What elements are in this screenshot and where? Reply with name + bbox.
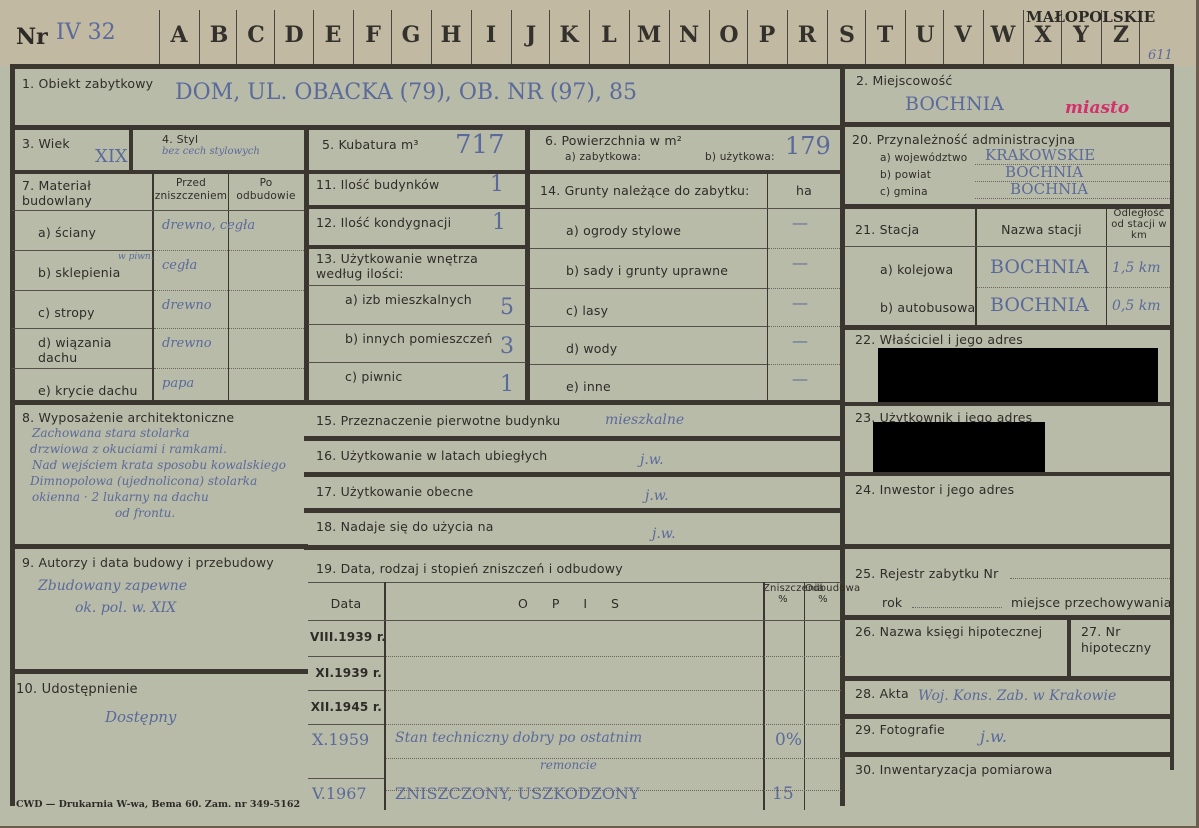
- field-17-label: 17. Użytkowanie obecne: [316, 484, 473, 499]
- letter-w: W: [986, 22, 1020, 48]
- field-18-value: j.w.: [652, 526, 676, 542]
- damage-row-destruction: 0%: [775, 730, 802, 750]
- material-row-label: d) wiązania dachu: [38, 335, 143, 365]
- letter-o: O: [712, 22, 746, 48]
- field-25-place-label: miejsce przechowywania: [1011, 595, 1172, 610]
- material-row-label: c) stropy: [38, 305, 143, 320]
- interior-row-value: 5: [500, 295, 514, 320]
- field-8-line: od frontu.: [115, 506, 175, 520]
- grounds-row-value: —: [792, 331, 808, 350]
- field-7-col-before: Przed zniszczeniem: [154, 177, 228, 203]
- field-10-value: Dostępny: [105, 708, 176, 726]
- rule: [709, 10, 710, 64]
- field-22-label: 22. Właściciel i jego adres: [855, 332, 1023, 347]
- field-28-label: 28. Akta: [855, 686, 909, 701]
- field-1-value: DOM, UL. OBACKA (79), OB. NR (97), 85: [175, 80, 637, 105]
- grounds-row-value: —: [792, 293, 808, 312]
- station-row-name: BOCHNIA: [990, 294, 1089, 316]
- rule: [530, 208, 840, 209]
- material-before-value: papa: [162, 376, 194, 391]
- rule: [840, 714, 1174, 719]
- rule: [236, 10, 237, 64]
- interior-row-label: c) piwnic: [345, 369, 402, 384]
- interior-row-label: a) izb mieszkalnych: [345, 292, 472, 307]
- damage-row-date: V.1967: [312, 784, 367, 803]
- material-row-label: a) ściany: [38, 225, 143, 240]
- rule: [975, 198, 1170, 199]
- field-6b-value: 179: [785, 132, 831, 160]
- rule: [304, 472, 844, 477]
- rule: [12, 250, 152, 251]
- damage-row-desc: Stan techniczny dobry po ostatnim: [395, 730, 642, 746]
- rule: [530, 248, 767, 249]
- redacted-owner: [878, 348, 1158, 403]
- letter-m: M: [632, 22, 666, 48]
- interior-row-value: 1: [500, 372, 514, 397]
- rule: [391, 10, 392, 64]
- field-20a-value: KRAKOWSKIE: [985, 146, 1095, 164]
- field-14-unit: ha: [768, 183, 840, 198]
- grounds-row-label: b) sady i grunty uprawne: [566, 263, 728, 278]
- field-5-value: 717: [455, 130, 505, 160]
- rule: [431, 10, 432, 64]
- rule: [511, 10, 512, 64]
- letter-u: U: [908, 22, 942, 48]
- field-20-label: 20. Przynależność administracyjna: [852, 132, 1075, 147]
- damage-row-desc: ZNISZCZONY, USZKODZONY: [395, 784, 640, 803]
- rule: [304, 508, 844, 513]
- field-8-line: Zachowana stara stolarka: [32, 426, 190, 440]
- letter-d: D: [277, 22, 311, 48]
- rule: [308, 285, 526, 286]
- letter-i: I: [474, 22, 508, 48]
- rule: [12, 210, 304, 211]
- rule: [386, 656, 841, 657]
- rule: [763, 582, 765, 810]
- rule: [10, 544, 308, 549]
- rule: [943, 10, 944, 64]
- field-29-label: 29. Fotografie: [855, 722, 945, 737]
- grounds-row-label: d) wody: [566, 341, 617, 356]
- station-row-distance: 0,5 km: [1112, 298, 1160, 314]
- rule: [308, 724, 384, 725]
- letter-p: P: [750, 22, 784, 48]
- letter-r: R: [790, 22, 824, 48]
- rule: [304, 436, 844, 441]
- field-20b-label: b) powiat: [880, 169, 931, 181]
- damage-row-desc-cont: remoncie: [540, 758, 597, 772]
- rule: [768, 326, 840, 327]
- rule: [912, 607, 1002, 608]
- letter-j: J: [514, 22, 548, 48]
- inventory-card: Nr IV 32 ABCDEFGHIJKLMNOPRSTUVWXYZ MAŁOP…: [0, 0, 1196, 826]
- nr-value: IV 32: [56, 20, 116, 45]
- right-column-divider: [840, 64, 845, 806]
- field-17-value: j.w.: [645, 488, 669, 504]
- rule: [12, 368, 152, 369]
- rule: [629, 10, 630, 64]
- field-25-rok-label: rok: [882, 595, 902, 610]
- material-row-label: b) sklepienia: [38, 265, 143, 280]
- rule: [840, 325, 1174, 330]
- right-rule: [1170, 64, 1174, 770]
- field-24-label: 24. Inwestor i jego adres: [855, 482, 1014, 497]
- rule: [1010, 578, 1170, 579]
- damage-row-date: XII.1945 r.: [310, 700, 382, 714]
- rule: [308, 324, 526, 325]
- letter-e: E: [316, 22, 350, 48]
- grounds-row-value: —: [792, 253, 808, 272]
- rule: [840, 122, 1174, 127]
- field-19-col-desc: O P I S: [386, 596, 761, 611]
- rule: [768, 288, 840, 289]
- left-rule: [10, 64, 15, 806]
- field-19-label: 19. Data, rodzaj i stopień zniszczeń i o…: [316, 561, 623, 576]
- field-1-label: 1. Obiekt zabytkowy: [22, 76, 153, 91]
- field-6-label: 6. Powierzchnia w m²: [545, 133, 682, 148]
- rule: [308, 362, 526, 363]
- material-before-value: drewno: [162, 298, 212, 313]
- station-row-name: BOCHNIA: [990, 256, 1089, 278]
- rule: [12, 290, 152, 291]
- station-row-distance: 1,5 km: [1112, 260, 1160, 276]
- letter-s: S: [830, 22, 864, 48]
- field-28-value: Woj. Kons. Zab. w Krakowie: [918, 688, 1116, 704]
- rule: [308, 582, 841, 583]
- rule: [845, 246, 1170, 247]
- field-15-label: 15. Przeznaczenie pierwotne budynku: [316, 413, 560, 428]
- field-11-label: 11. Ilość budynków: [316, 177, 439, 192]
- field-15-value: mieszkalne: [605, 412, 684, 428]
- field-19-col-destr: Zniszczenia %: [763, 583, 803, 605]
- rule: [199, 10, 200, 64]
- rule: [10, 669, 308, 674]
- rule: [589, 10, 590, 64]
- field-4-value: bez cech stylowych: [162, 146, 260, 157]
- rule: [154, 328, 304, 329]
- field-14-label: 14. Grunty należące do zabytku:: [540, 183, 750, 198]
- field-9-line-1: Zbudowany zapewne: [38, 578, 187, 594]
- rule: [10, 170, 845, 174]
- rule: [471, 10, 472, 64]
- field-19-col-date: Data: [308, 596, 384, 611]
- rule: [905, 10, 906, 64]
- rule: [1067, 618, 1071, 678]
- field-20c-label: c) gmina: [880, 186, 928, 198]
- rule: [12, 328, 152, 329]
- interior-row-label: b) innych pomieszczeń: [345, 331, 493, 346]
- field-30-label: 30. Inwentaryzacja pomiarowa: [855, 762, 1052, 777]
- field-9-label: 9. Autorzy i data budowy i przebudowy: [22, 555, 274, 570]
- rule: [549, 10, 550, 64]
- letter-t: T: [868, 22, 902, 48]
- rule: [274, 10, 275, 64]
- station-row-label: a) kolejowa: [880, 262, 953, 277]
- rule: [308, 620, 841, 621]
- grounds-row-label: c) lasy: [566, 303, 608, 318]
- rule: [304, 545, 844, 550]
- letter-n: N: [672, 22, 706, 48]
- rule: [1023, 10, 1024, 64]
- field-3-label: 3. Wiek: [22, 136, 70, 151]
- rule: [840, 472, 1174, 476]
- redacted-user: [873, 422, 1045, 472]
- rule: [840, 615, 1174, 620]
- material-before-value: cegła: [162, 258, 197, 273]
- letter-h: H: [434, 22, 468, 48]
- rule: [386, 790, 841, 791]
- field-2-label: 2. Miejscowość: [856, 73, 952, 88]
- rule: [530, 288, 767, 289]
- letter-a: A: [162, 22, 196, 48]
- damage-row-date: XI.1939 r.: [310, 666, 382, 680]
- field-26-label: 26. Nazwa księgi hipotecznej: [855, 624, 1042, 639]
- grounds-row-value: —: [792, 369, 808, 388]
- rule: [159, 10, 160, 64]
- rule: [865, 10, 866, 64]
- field-7-col-after: Po odbudowie: [229, 177, 303, 203]
- field-3-value: XIX: [95, 146, 128, 167]
- rule: [840, 676, 1174, 681]
- rule: [983, 10, 984, 64]
- field-2-note: miasto: [1065, 98, 1129, 118]
- rule: [767, 172, 768, 402]
- nr-label: Nr: [16, 24, 48, 50]
- rule: [386, 724, 841, 725]
- field-8-line: okienna · 2 lukarny na dachu: [32, 490, 209, 504]
- rule: [129, 128, 133, 172]
- region-stamp: MAŁOPOLSKIE: [1026, 8, 1155, 26]
- rule: [840, 402, 1174, 406]
- field-8-line: Dimnopolowa (ujednolicona) stolarka: [30, 474, 257, 488]
- rule: [154, 250, 304, 251]
- field-29-value: j.w.: [980, 727, 1007, 746]
- rule: [977, 287, 1170, 288]
- field-8-line: drzwiowa z okuciami i ramkami.: [30, 442, 227, 456]
- damage-row-date: X.1959: [312, 730, 369, 749]
- rule: [154, 368, 304, 369]
- field-16-value: j.w.: [640, 452, 664, 468]
- field-21-label: 21. Stacja: [855, 222, 919, 237]
- rule: [313, 10, 314, 64]
- field-19-col-rebuild: Odbudowa %: [805, 583, 841, 605]
- rule: [353, 10, 354, 64]
- rule: [304, 205, 529, 209]
- rule: [747, 10, 748, 64]
- field-21-col-dist: Odległość od stacji w km: [1107, 208, 1171, 241]
- field-12-value: 1: [492, 210, 506, 235]
- damage-row-date: VIII.1939 r.: [310, 630, 382, 644]
- material-before-value: drewno: [162, 336, 212, 351]
- field-7-label: 7. Materiał budowlany: [22, 178, 132, 208]
- rule: [827, 10, 828, 64]
- field-10-label: 10. Udostępnienie: [16, 682, 138, 697]
- rule: [10, 400, 845, 405]
- field-8-line: Nad wejściem krata sposobu kowalskiego: [32, 458, 286, 472]
- field-8-label: 8. Wyposażenie architektoniczne: [22, 410, 234, 425]
- rule: [787, 10, 788, 64]
- top-rule: [10, 64, 1173, 69]
- letter-c: C: [239, 22, 273, 48]
- field-6a-label: a) zabytkowa:: [565, 151, 641, 163]
- material-before-value: drewno, cegła: [162, 218, 255, 233]
- field-11-value: 1: [490, 172, 504, 197]
- rule: [154, 290, 304, 291]
- field-25-label: 25. Rejestr zabytku Nr: [855, 566, 998, 581]
- rule: [804, 582, 805, 810]
- rule: [530, 326, 767, 327]
- field-20c-value: BOCHNIA: [1010, 180, 1088, 198]
- interior-row-value: 3: [500, 334, 514, 359]
- grounds-row-label: a) ogrody stylowe: [566, 223, 681, 238]
- rule: [384, 582, 386, 810]
- field-21-col-name: Nazwa stacji: [977, 222, 1106, 237]
- letter-b: B: [202, 22, 236, 48]
- field-12-label: 12. Ilość kondygnacji: [316, 215, 451, 230]
- rule: [308, 778, 384, 779]
- printer-imprint: CWD — Drukarnia W-wa, Bema 60. Zam. nr 3…: [16, 799, 300, 810]
- material-row-label: e) krycie dachu: [38, 383, 143, 398]
- field-6b-label: b) użytkowa:: [705, 151, 775, 163]
- grounds-row-value: —: [792, 213, 808, 232]
- rule: [530, 364, 767, 365]
- rule: [768, 248, 840, 249]
- field-5-label: 5. Kubatura m³: [322, 137, 419, 152]
- field-13-label: 13. Użytkowanie wnętrza według ilości:: [316, 251, 516, 281]
- field-27-label: 27. Nr hipoteczny: [1081, 624, 1161, 656]
- rule: [840, 544, 1174, 549]
- letter-k: K: [552, 22, 586, 48]
- rule: [768, 364, 840, 365]
- corner-number: 611: [1148, 48, 1173, 63]
- letter-v: V: [946, 22, 980, 48]
- field-9-line-2: ok. pol. w. XIX: [75, 600, 176, 616]
- field-20b-value: BOCHNIA: [1005, 163, 1083, 181]
- damage-row-destruction: 15: [772, 784, 794, 804]
- rule: [308, 656, 384, 657]
- material-note: w piwn.: [118, 252, 154, 262]
- rule: [669, 10, 670, 64]
- field-4-label: 4. Styl: [162, 133, 198, 146]
- station-row-label: b) autobusowa: [880, 300, 975, 315]
- letter-g: G: [394, 22, 428, 48]
- rule: [840, 752, 1174, 757]
- letter-l: L: [592, 22, 626, 48]
- field-18-label: 18. Nadaje się do użycia na: [316, 519, 494, 534]
- field-16-label: 16. Użytkowanie w latach ubiegłych: [316, 448, 547, 463]
- grounds-row-label: e) inne: [566, 379, 611, 394]
- field-2-value: BOCHNIA: [905, 93, 1004, 115]
- rule: [304, 245, 529, 249]
- rule: [308, 690, 384, 691]
- rule: [386, 690, 841, 691]
- rule: [10, 125, 845, 130]
- letter-f: F: [356, 22, 390, 48]
- field-20a-label: a) województwo: [880, 152, 967, 164]
- rule: [386, 758, 841, 759]
